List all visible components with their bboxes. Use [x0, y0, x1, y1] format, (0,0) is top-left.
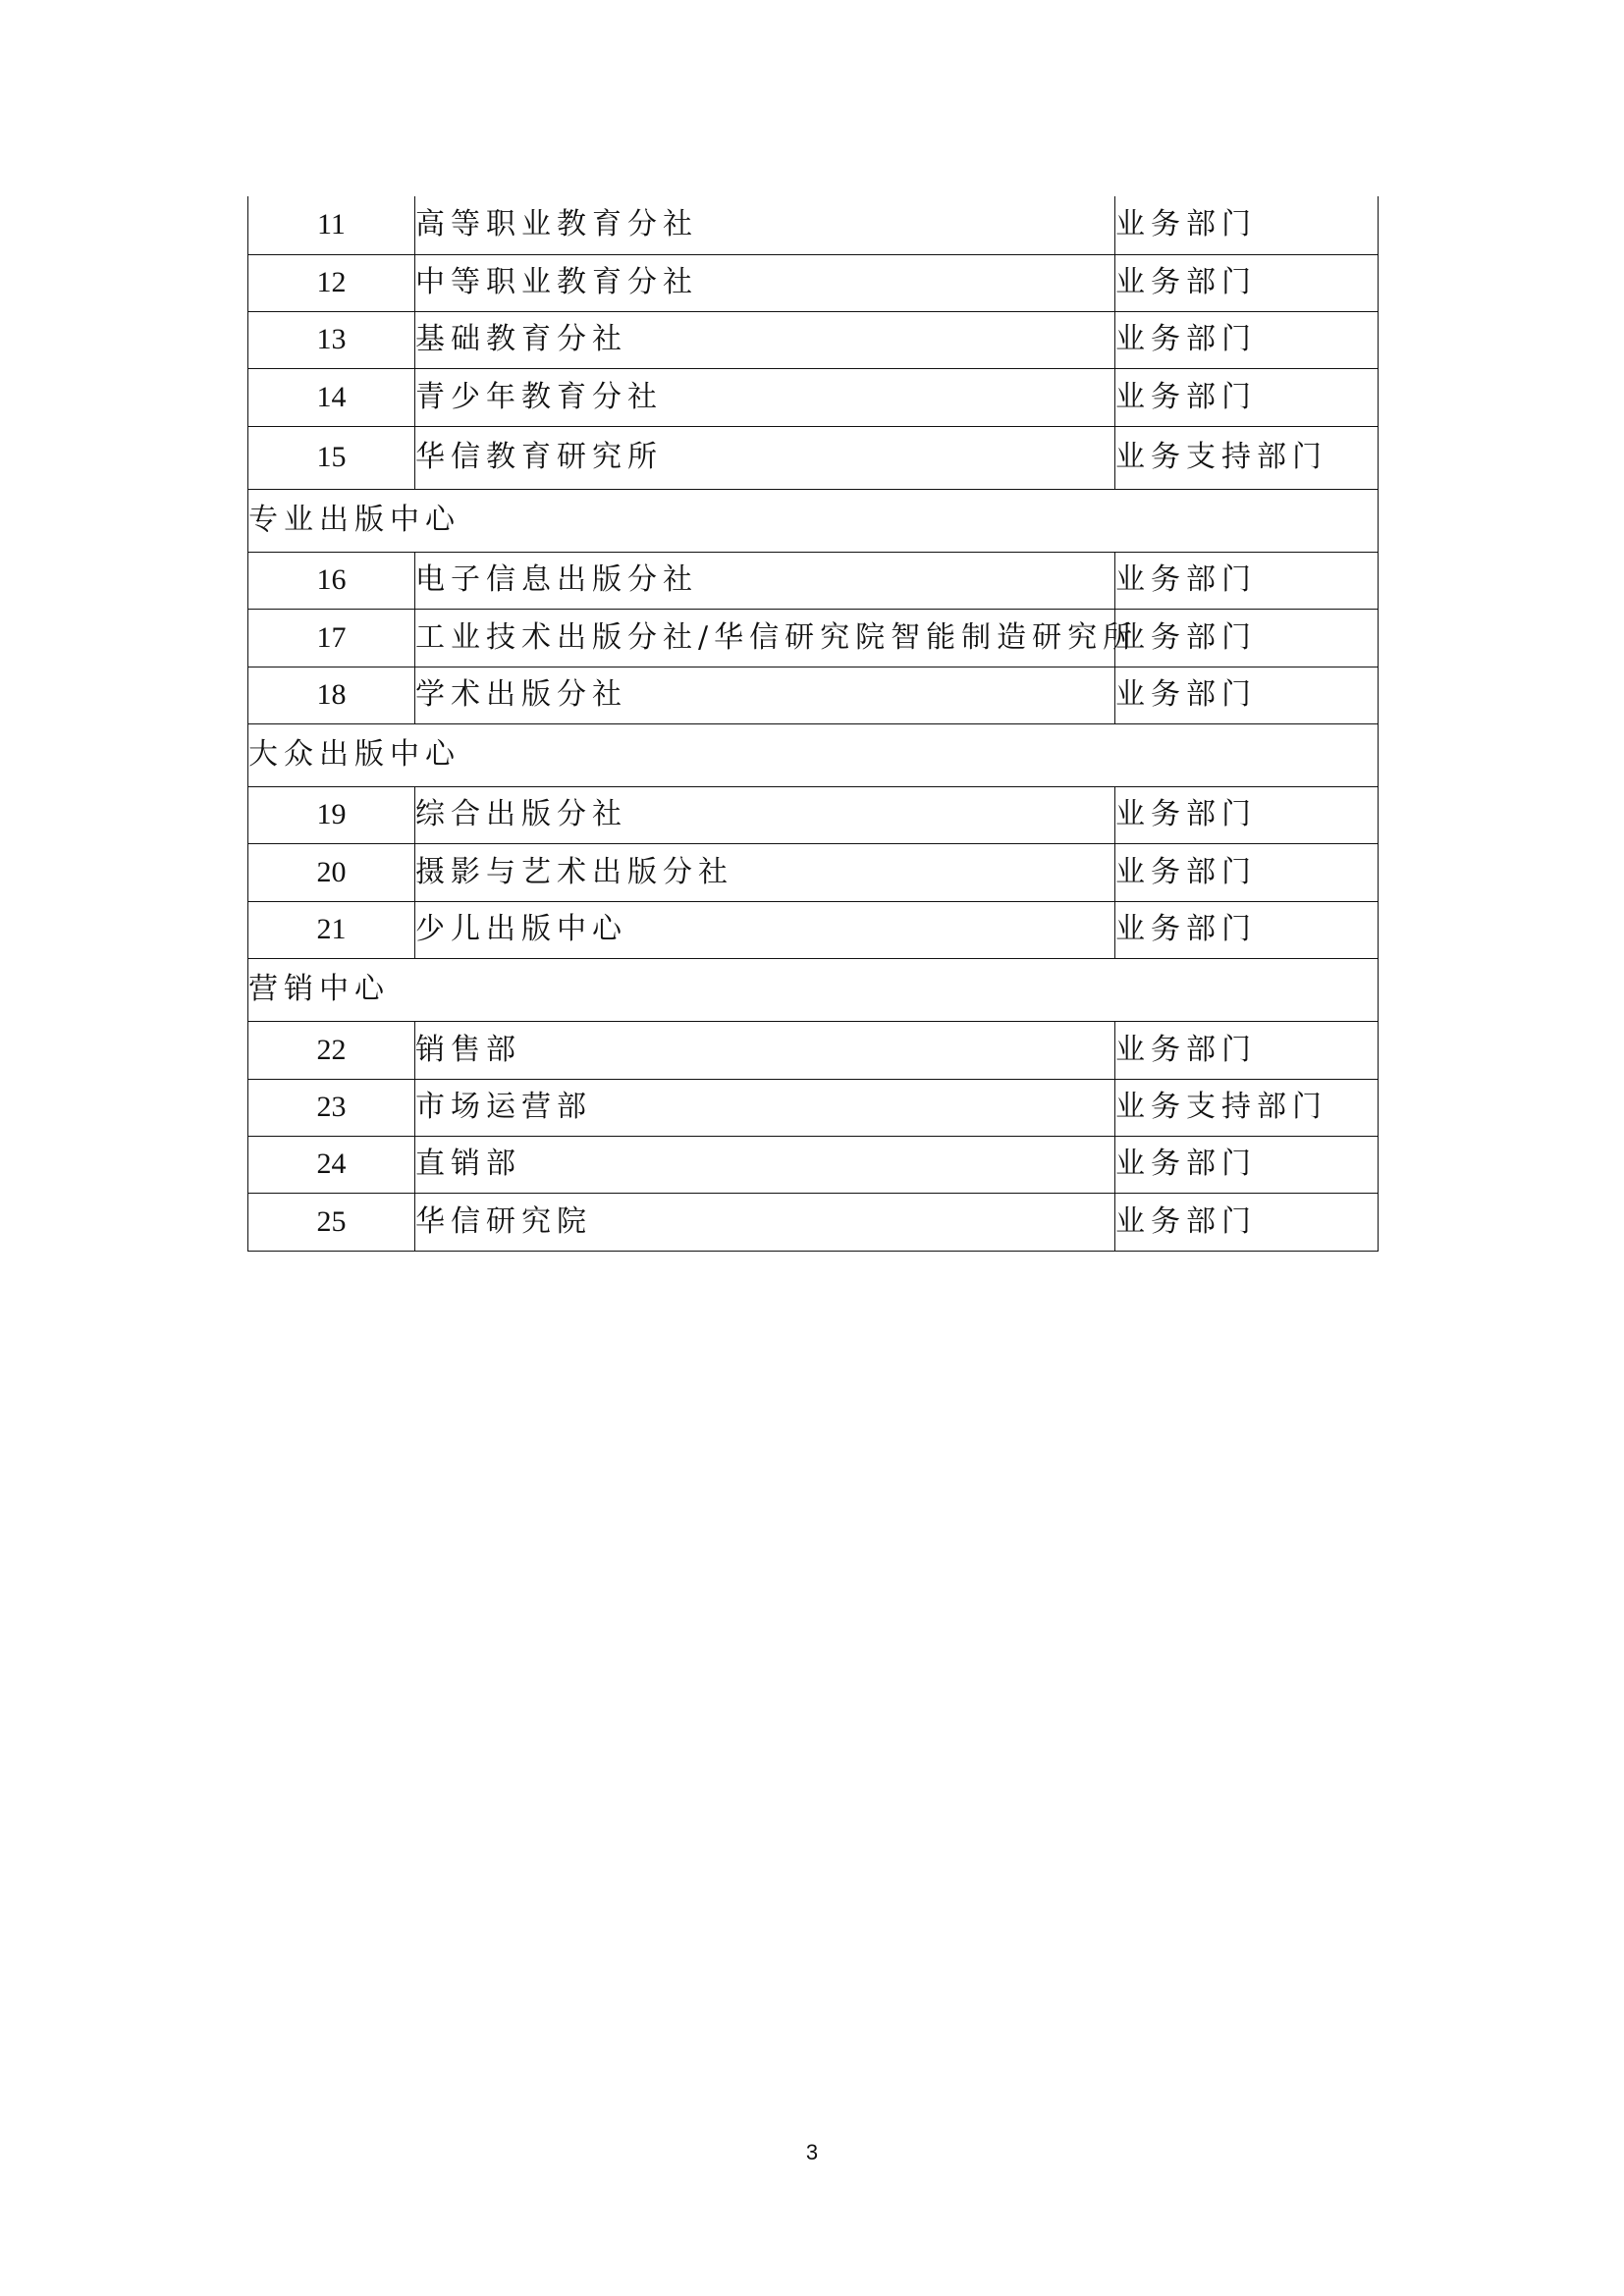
row-number: 17	[248, 609, 415, 667]
row-number: 18	[248, 667, 415, 723]
department-type: 业务部门	[1115, 1193, 1379, 1251]
table-row: 11高等职业教育分社业务部门	[248, 196, 1379, 254]
department-type: 业务部门	[1115, 843, 1379, 901]
table-row: 13基础教育分社业务部门	[248, 311, 1379, 368]
department-name: 中等职业教育分社	[415, 254, 1115, 311]
department-name: 华信研究院	[415, 1193, 1115, 1251]
department-name: 摄影与艺术出版分社	[415, 843, 1115, 901]
group-header-row: 大众出版中心	[248, 723, 1379, 786]
table-row: 21少儿出版中心业务部门	[248, 901, 1379, 958]
department-name: 青少年教育分社	[415, 368, 1115, 426]
row-number: 14	[248, 368, 415, 426]
row-number: 25	[248, 1193, 415, 1251]
department-table-body: 11高等职业教育分社业务部门12中等职业教育分社业务部门13基础教育分社业务部门…	[248, 196, 1379, 1251]
row-number: 13	[248, 311, 415, 368]
department-type: 业务部门	[1115, 196, 1379, 254]
document-page: 11高等职业教育分社业务部门12中等职业教育分社业务部门13基础教育分社业务部门…	[0, 0, 1624, 2296]
table-row: 14青少年教育分社业务部门	[248, 368, 1379, 426]
department-name: 市场运营部	[415, 1079, 1115, 1136]
group-label: 大众出版中心	[248, 723, 1379, 786]
department-name: 直销部	[415, 1136, 1115, 1193]
department-type: 业务部门	[1115, 901, 1379, 958]
department-name: 基础教育分社	[415, 311, 1115, 368]
table-row: 16电子信息出版分社业务部门	[248, 552, 1379, 609]
row-number: 24	[248, 1136, 415, 1193]
department-name: 华信教育研究所	[415, 426, 1115, 489]
department-name: 工业技术出版分社/华信研究院智能制造研究所	[415, 609, 1115, 667]
department-type: 业务支持部门	[1115, 1079, 1379, 1136]
department-name: 销售部	[415, 1021, 1115, 1079]
row-number: 19	[248, 786, 415, 843]
table-row: 17工业技术出版分社/华信研究院智能制造研究所业务部门	[248, 609, 1379, 667]
department-name: 综合出版分社	[415, 786, 1115, 843]
department-type: 业务部门	[1115, 786, 1379, 843]
department-name: 高等职业教育分社	[415, 196, 1115, 254]
department-name: 少儿出版中心	[415, 901, 1115, 958]
department-type: 业务部门	[1115, 609, 1379, 667]
department-type: 业务部门	[1115, 311, 1379, 368]
table-row: 20摄影与艺术出版分社业务部门	[248, 843, 1379, 901]
table-row: 23市场运营部业务支持部门	[248, 1079, 1379, 1136]
department-type: 业务部门	[1115, 368, 1379, 426]
department-table: 11高等职业教育分社业务部门12中等职业教育分社业务部门13基础教育分社业务部门…	[247, 196, 1379, 1252]
group-label: 营销中心	[248, 958, 1379, 1021]
department-type: 业务部门	[1115, 667, 1379, 723]
table-row: 24直销部业务部门	[248, 1136, 1379, 1193]
group-header-row: 专业出版中心	[248, 489, 1379, 552]
department-type: 业务部门	[1115, 552, 1379, 609]
row-number: 21	[248, 901, 415, 958]
row-number: 22	[248, 1021, 415, 1079]
row-number: 16	[248, 552, 415, 609]
table-row: 18学术出版分社业务部门	[248, 667, 1379, 723]
table-row: 12中等职业教育分社业务部门	[248, 254, 1379, 311]
row-number: 11	[248, 196, 415, 254]
group-header-row: 营销中心	[248, 958, 1379, 1021]
row-number: 12	[248, 254, 415, 311]
table-row: 22销售部业务部门	[248, 1021, 1379, 1079]
table-row: 25华信研究院业务部门	[248, 1193, 1379, 1251]
department-type: 业务部门	[1115, 1021, 1379, 1079]
department-type: 业务部门	[1115, 1136, 1379, 1193]
department-name: 学术出版分社	[415, 667, 1115, 723]
group-label: 专业出版中心	[248, 489, 1379, 552]
row-number: 20	[248, 843, 415, 901]
department-type: 业务部门	[1115, 254, 1379, 311]
row-number: 15	[248, 426, 415, 489]
table-row: 15华信教育研究所业务支持部门	[248, 426, 1379, 489]
department-name: 电子信息出版分社	[415, 552, 1115, 609]
page-number: 3	[0, 2140, 1624, 2165]
table-row: 19综合出版分社业务部门	[248, 786, 1379, 843]
department-type: 业务支持部门	[1115, 426, 1379, 489]
row-number: 23	[248, 1079, 415, 1136]
